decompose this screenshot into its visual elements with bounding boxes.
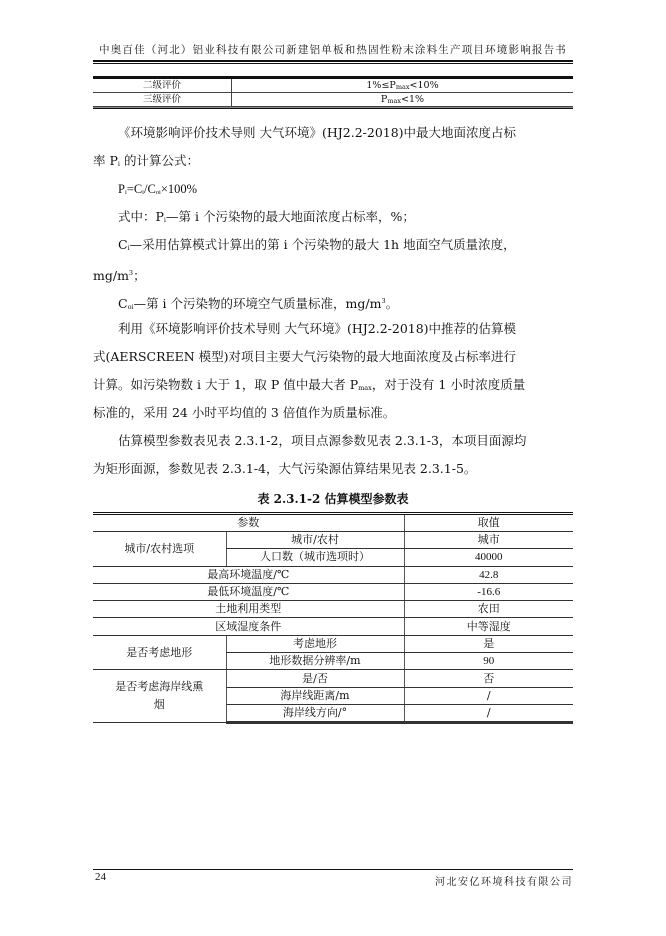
row-group: 是否考虑地形 [93, 635, 226, 670]
paragraph-line: 率 Pi 的计算公式： [93, 147, 573, 178]
level-label: 三级评价 [93, 93, 232, 106]
table-row: 最低环境温度/℃ -16.6 [93, 583, 573, 600]
paragraph-line: 估算模型参数表见表 2.3.1-2，项目点源参数见表 2.3.1-3，本项目面源… [93, 427, 573, 455]
row-param: 土地利用类型 [93, 601, 404, 618]
table-row: 二级评价 1%≤Pmax<10% [93, 79, 573, 93]
footer-company: 河北安亿环境科技有限公司 [435, 873, 573, 888]
row-param: 城市/农村 [226, 532, 404, 549]
table-row: 土地利用类型 农田 [93, 601, 573, 618]
row-param: 人口数（城市选项时） [226, 549, 404, 566]
definition-pi: 式中：Pi—第 i 个污染物的最大地面浓度占标率，%； [93, 203, 573, 234]
row-value: / [404, 687, 573, 704]
paragraph-line: 计算。如污染物数 i 大于 1，取 P 值中最大者 Pmax，对于没有 1 小时… [93, 371, 573, 402]
row-value: 42.8 [404, 566, 573, 583]
row-value: 城市 [404, 532, 573, 549]
estimation-model-parameter-table: 参数 取值 城市/农村选项 城市/农村 城市 人口数（城市选项时） 40000 … [93, 512, 573, 724]
row-param: 地形数据分辨率/m [226, 653, 404, 670]
row-value: -16.6 [404, 583, 573, 600]
paragraph-line: 标准的，采用 24 小时平均值的 3 倍值作为质量标准。 [93, 399, 573, 427]
table-header-row: 参数 取值 [93, 514, 573, 532]
row-param: 是/否 [226, 670, 404, 687]
row-param: 最低环境温度/℃ [93, 583, 404, 600]
row-value: 否 [404, 670, 573, 687]
table-caption: 表 2.3.1-2 估算模型参数表 [93, 490, 573, 507]
row-value: 中等湿度 [404, 618, 573, 635]
header-rule [93, 60, 573, 62]
table-row: 城市/农村选项 城市/农村 城市 [93, 532, 573, 549]
row-param: 最高环境温度/℃ [93, 566, 404, 583]
row-group: 是否考虑海岸线熏烟 [93, 670, 226, 723]
row-value: 是 [404, 635, 573, 652]
paragraph-line: 为矩形面源，参数见表 2.3.1-4，大气污染源估算结果见表 2.3.1-5。 [93, 455, 573, 483]
header-rule-thin [93, 63, 573, 64]
paragraph-line: 《环境影响评价技术导则 大气环境》(HJ2.2-2018)中最大地面浓度占标 [93, 119, 573, 147]
footer-rule [93, 869, 573, 870]
paragraph-line: 利用《环境影响评价技术导则 大气环境》(HJ2.2-2018)中推荐的估算模 [93, 315, 573, 343]
row-param: 区域湿度条件 [93, 618, 404, 635]
table-row: 是否考虑地形 考虑地形 是 [93, 635, 573, 652]
row-param: 考虑地形 [226, 635, 404, 652]
level-criterion: 1%≤Pmax<10% [232, 79, 573, 92]
definition-ci: Ci—采用估算模式计算出的第 i 个污染物的最大 1h 地面空气质量浓度， [93, 231, 573, 262]
table-row: 最高环境温度/℃ 42.8 [93, 566, 573, 583]
row-value: / [404, 704, 573, 722]
assessment-level-table-fragment: 二级评价 1%≤Pmax<10% 三级评价 Pmax<1% [93, 76, 573, 109]
page-number: 24 [95, 871, 106, 883]
table-row: 三级评价 Pmax<1% [93, 93, 573, 107]
header-value: 取值 [404, 514, 573, 532]
table-row: 区域湿度条件 中等湿度 [93, 618, 573, 635]
definition-ci-unit: mg/m3； [93, 259, 573, 290]
paragraph-line: 式(AERSCREEN 模型)对项目主要大气污染物的最大地面浓度及占标率进行 [93, 343, 573, 371]
row-value: 40000 [404, 549, 573, 566]
row-param: 海岸线距离/m [226, 687, 404, 704]
level-criterion: Pmax<1% [232, 93, 573, 106]
level-label: 二级评价 [93, 79, 232, 92]
row-group: 城市/农村选项 [93, 532, 226, 567]
header-param: 参数 [93, 514, 404, 532]
row-value: 农田 [404, 601, 573, 618]
running-header: 中奥百佳（河北）铝业科技有限公司新建铝单板和热固性粉末涂料生产项目环境影响报告书 [93, 42, 573, 57]
table-row: 是否考虑海岸线熏烟 是/否 否 [93, 670, 573, 687]
table-bottom-rule [93, 107, 573, 109]
row-value: 90 [404, 653, 573, 670]
row-param: 海岸线方向/° [226, 704, 404, 722]
